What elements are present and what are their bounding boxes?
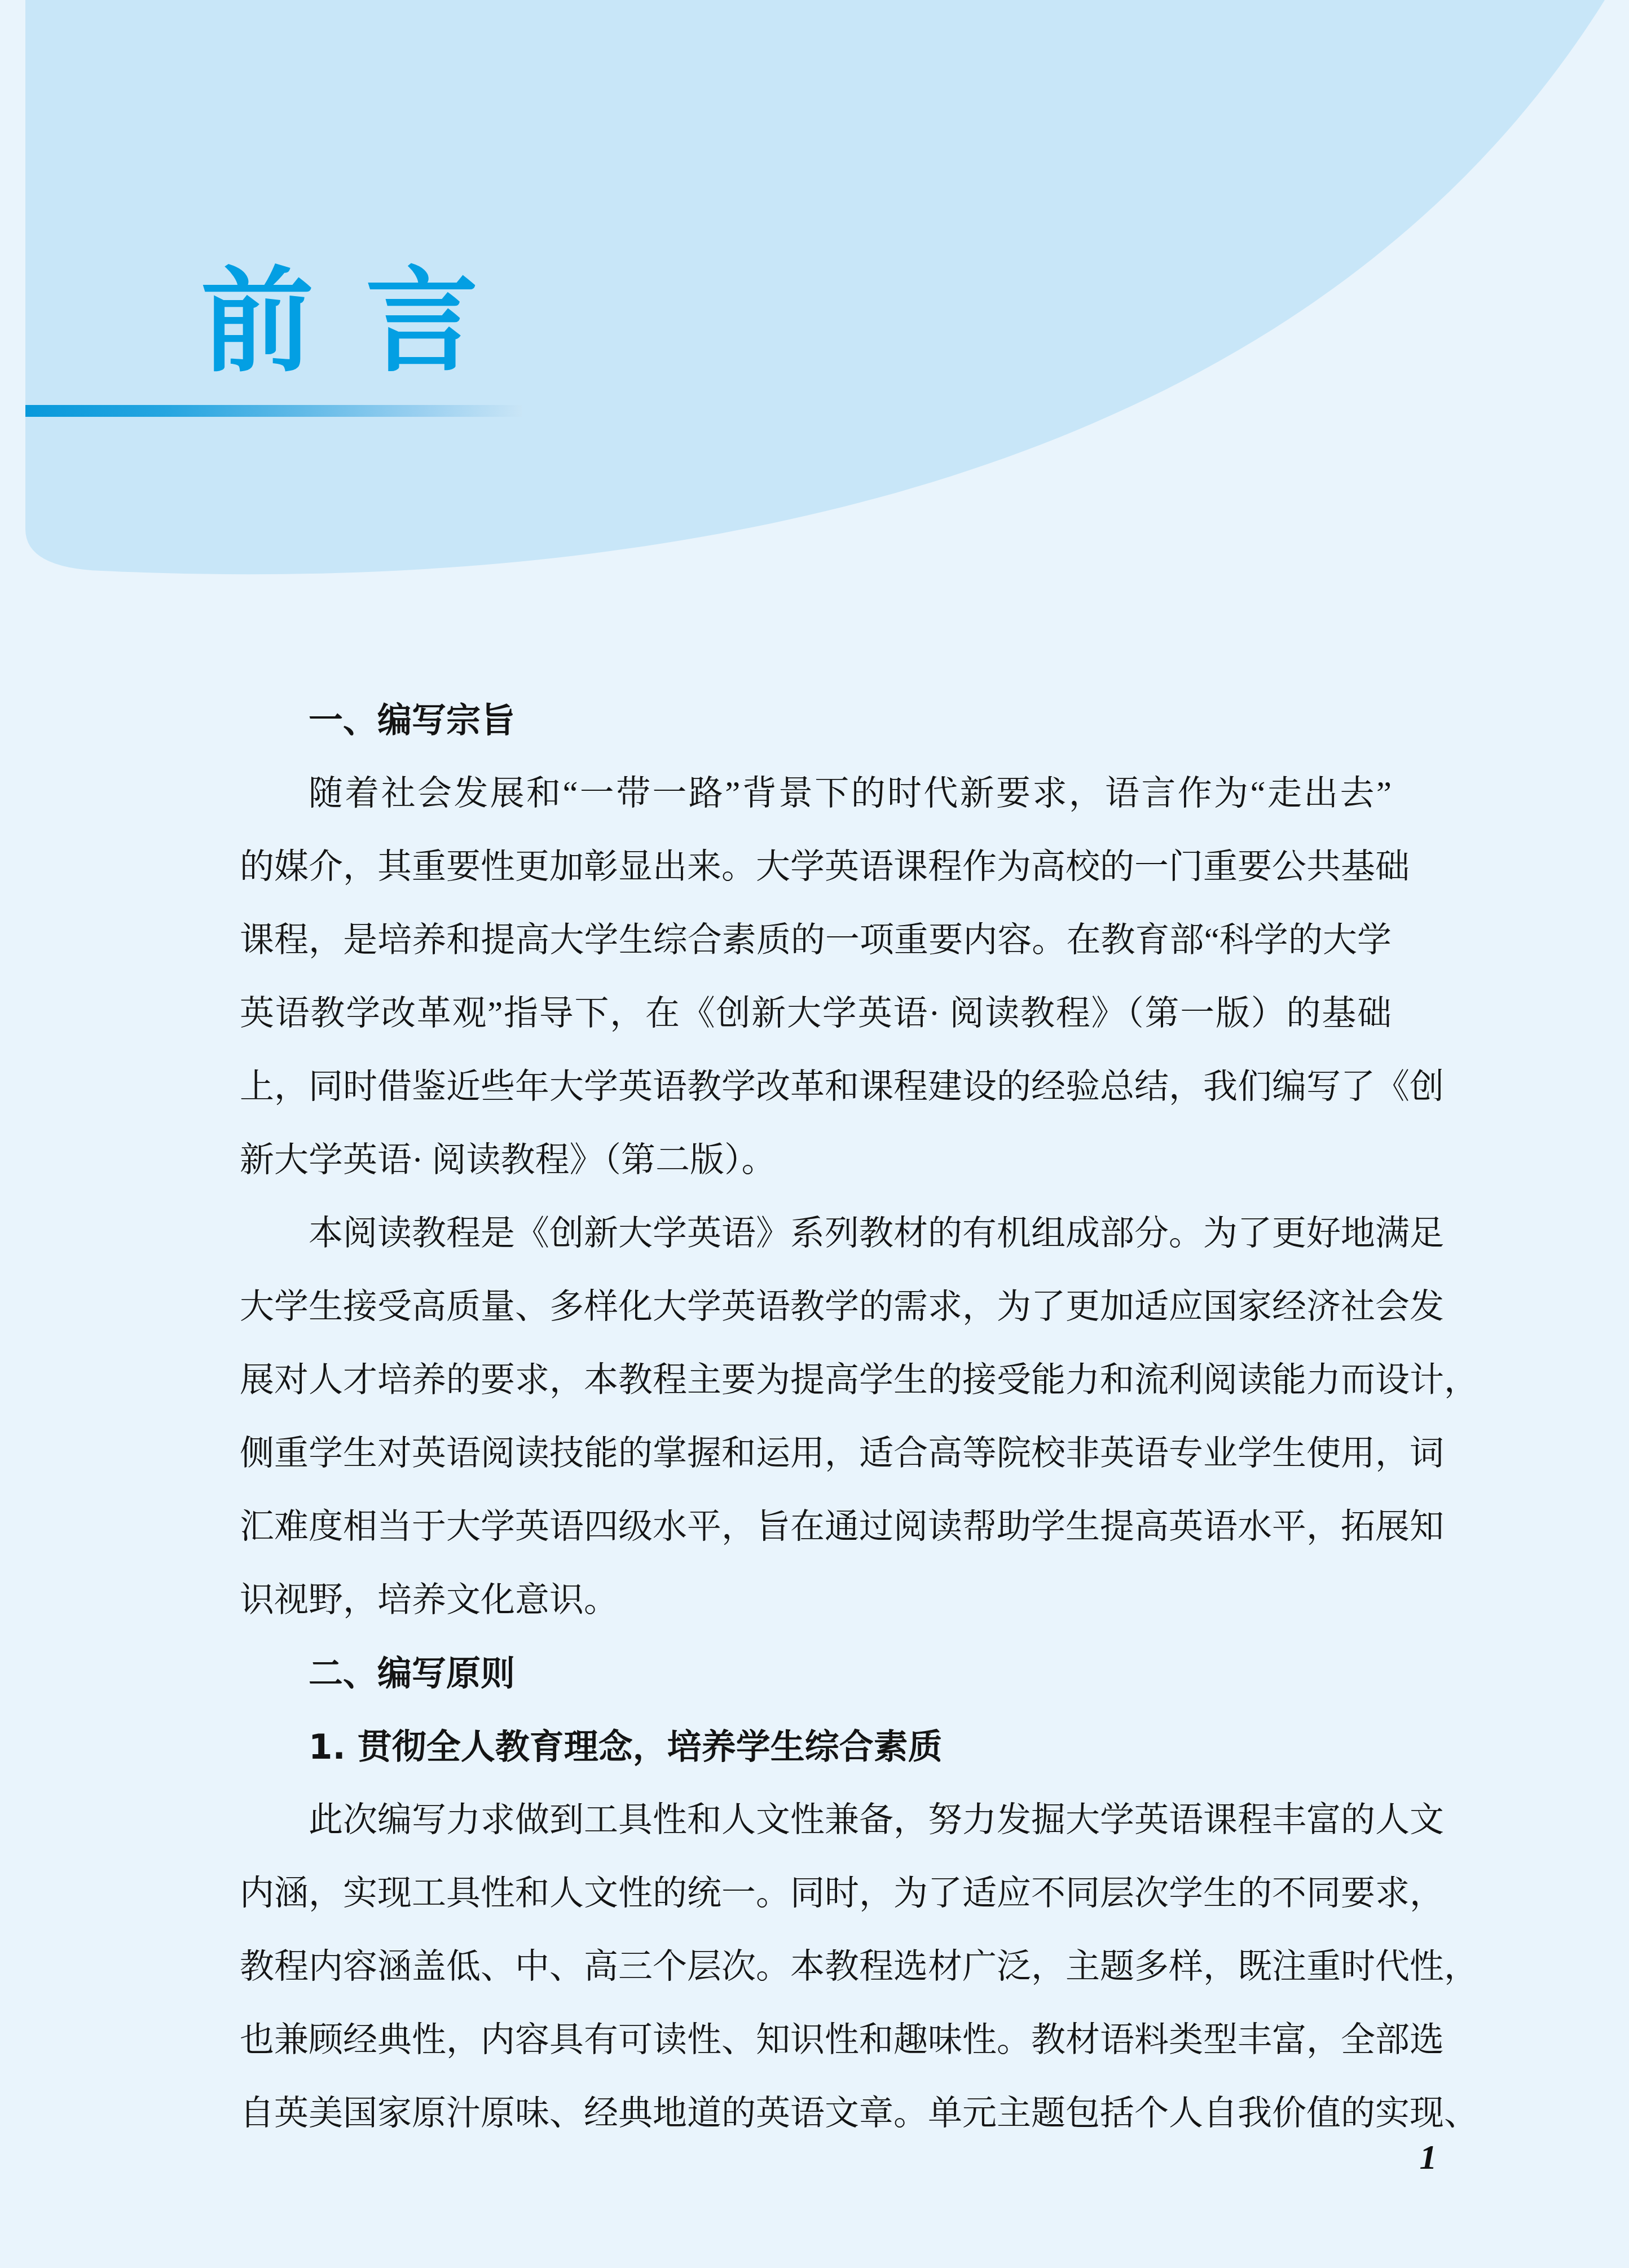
text-line: 侧重学生对英语阅读技能的掌握和运用，适合高等院校非英语专业学生使用，词 — [240, 1417, 1392, 1491]
text-line: 也兼顾经典性，内容具有可读性、知识性和趣味性。教材语料类型丰富，全部选 — [240, 2004, 1392, 2077]
text-line: 汇难度相当于大学英语四级水平，旨在通过阅读帮助学生提高英语水平，拓展知 — [240, 1491, 1392, 1564]
text-line: 新大学英语· 阅读教程》（第二版）。 — [240, 1124, 1392, 1197]
text-line: 随着社会发展和“一带一路”背景下的时代新要求，语言作为“走出去” — [240, 758, 1392, 831]
preface-page: 前言 一、编写宗旨 随着社会发展和“一带一路”背景下的时代新要求，语言作为“走出… — [0, 0, 1629, 2268]
text-line: 自英美国家原汁原味、经典地道的英语文章。单元主题包括个人自我价值的实现、 — [240, 2077, 1392, 2151]
section-heading-1: 一、编写宗旨 — [240, 684, 1392, 758]
text-line: 大学生接受高质量、多样化大学英语教学的需求，为了更加适应国家经济社会发 — [240, 1271, 1392, 1344]
text-line: 内涵，实现工具性和人文性的统一。同时，为了适应不同层次学生的不同要求， — [240, 1857, 1392, 1931]
page-title: 前言 — [201, 263, 530, 381]
text-line: 课程，是培养和提高大学生综合素质的一项重要内容。在教育部“科学的大学 — [240, 904, 1392, 977]
title-underline-bar — [25, 405, 522, 417]
text-line: 此次编写力求做到工具性和人文性兼备，努力发掘大学英语课程丰富的人文 — [240, 1784, 1392, 1857]
text-line: 的媒介，其重要性更加彰显出来。大学英语课程作为高校的一门重要公共基础 — [240, 831, 1392, 904]
text-line: 展对人才培养的要求，本教程主要为提高学生的接受能力和流利阅读能力而设计， — [240, 1344, 1392, 1417]
text-line: 本阅读教程是《创新大学英语》系列教材的有机组成部分。为了更好地满足 — [240, 1197, 1392, 1271]
section-heading-2: 二、编写原则 — [240, 1637, 1392, 1711]
text-line: 英语教学改革观”指导下，在《创新大学英语· 阅读教程》（第一版）的基础 — [240, 977, 1392, 1051]
text-line: 上，同时借鉴近些年大学英语教学改革和课程建设的经验总结，我们编写了《创 — [240, 1051, 1392, 1124]
page-number: 1 — [1393, 2140, 1463, 2175]
subsection-heading-1: 1. 贯彻全人教育理念，培养学生综合素质 — [240, 1711, 1392, 1784]
text-line: 识视野，培养文化意识。 — [240, 1564, 1392, 1637]
text-line: 教程内容涵盖低、中、高三个层次。本教程选材广泛，主题多样，既注重时代性， — [240, 1931, 1392, 2004]
preface-body: 一、编写宗旨 随着社会发展和“一带一路”背景下的时代新要求，语言作为“走出去” … — [240, 684, 1392, 2151]
